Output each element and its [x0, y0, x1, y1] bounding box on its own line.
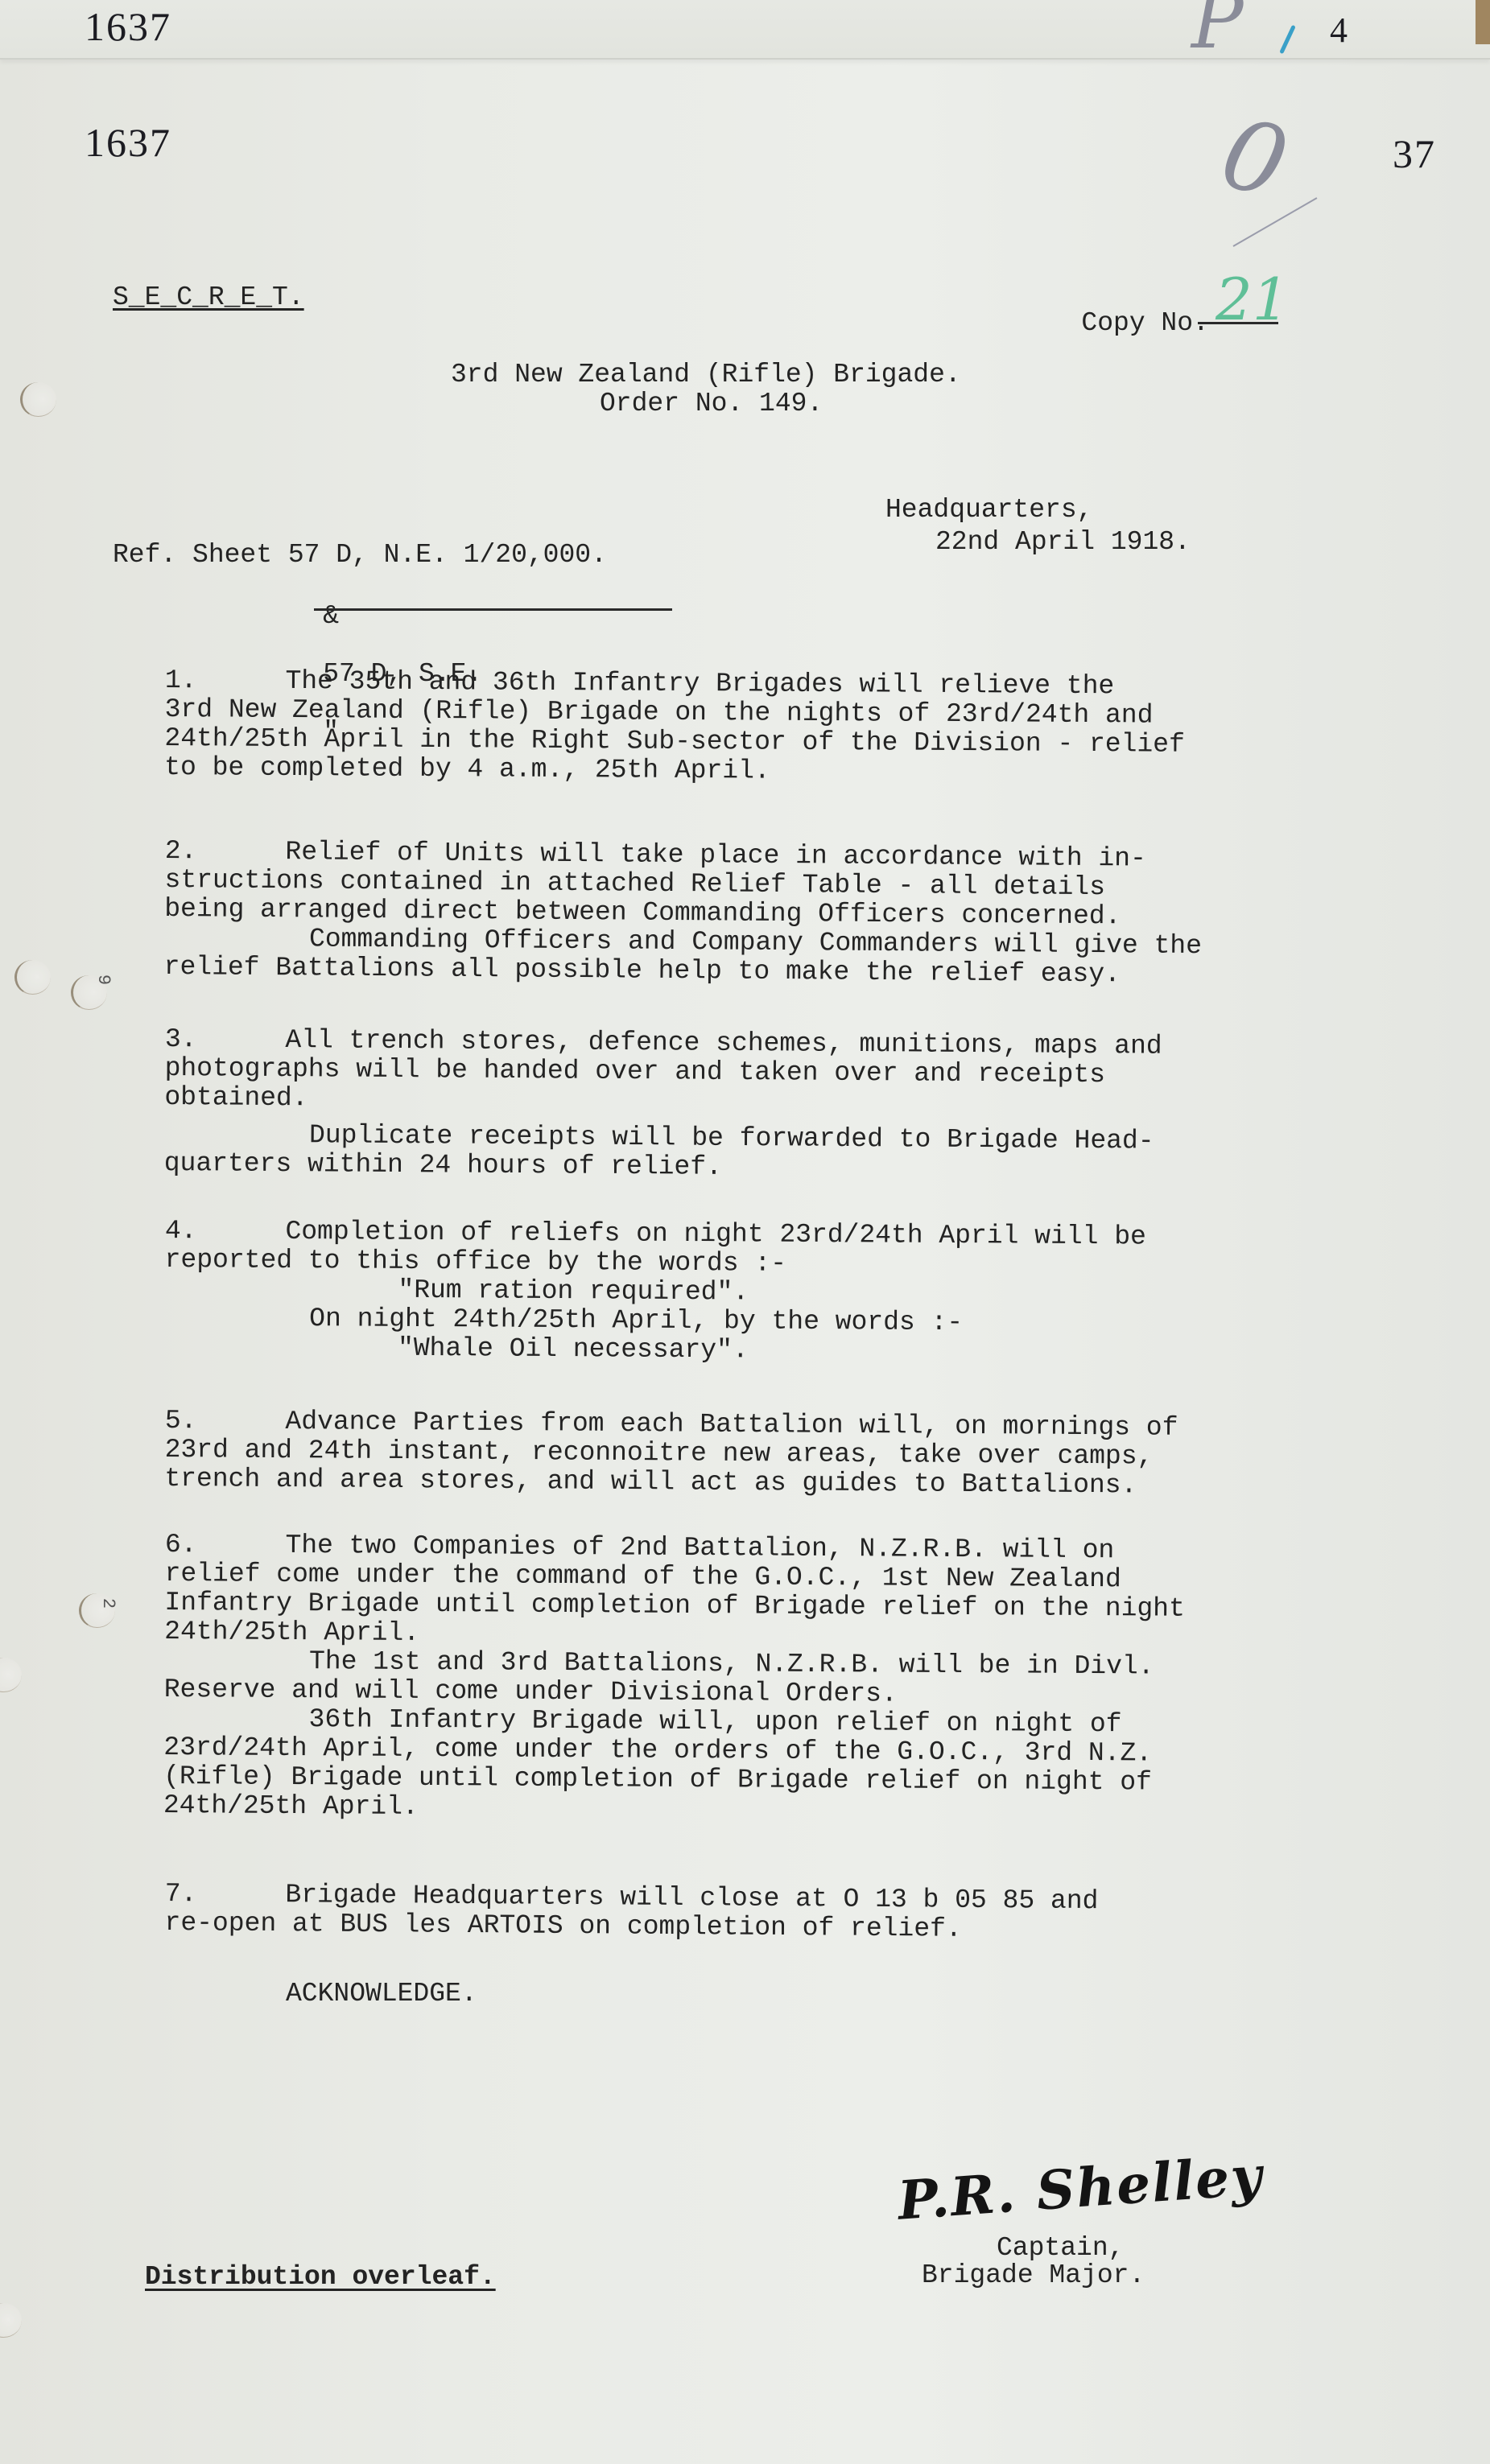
- document-title: 3rd New Zealand (Rifle) Brigade.: [451, 361, 961, 389]
- handwritten-signature: P.R. Shelley: [896, 2144, 1265, 2232]
- paragraph-number: 5.: [165, 1406, 197, 1436]
- paragraph-6: 6.The two Companies of 2nd Battalion, N.…: [163, 1531, 1389, 1827]
- underlying-folio-number: 4: [1330, 10, 1349, 51]
- map-reference-line1: Ref. Sheet 57 D, N.E. 1/20,000.: [113, 541, 607, 570]
- paragraph-4: 4.Completion of reliefs on night 23rd/24…: [164, 1217, 1389, 1369]
- signatory-rank: Captain,: [997, 2234, 1124, 2263]
- order-number: Order No. 149.: [600, 389, 823, 418]
- paragraph-5: 5.Advance Parties from each Battalion wi…: [164, 1407, 1389, 1502]
- paragraph-2: 2.Relief of Units will take place in acc…: [164, 837, 1389, 991]
- paragraph-number: 2.: [165, 836, 197, 866]
- reference-underline: [314, 608, 672, 611]
- paragraph-number: 1.: [165, 665, 197, 695]
- paragraph-7: 7.Brigade Headquarters will close at O 1…: [164, 1880, 1389, 1947]
- underlying-page-edge: [0, 0, 1490, 60]
- underlying-page-ref-number: 1637: [85, 3, 171, 50]
- distribution-note: Distribution overleaf.: [145, 2263, 496, 2292]
- paragraph-number: 4.: [165, 1216, 197, 1246]
- pencil-circled-mark: 0: [1210, 97, 1298, 220]
- acknowledge-instruction: ACKNOWLEDGE.: [286, 1980, 477, 2009]
- origin-date: 22nd April 1918.: [935, 528, 1191, 557]
- margin-mark: 2: [98, 1598, 118, 1609]
- punch-hole: [20, 382, 56, 417]
- punch-hole: [0, 1658, 22, 1692]
- paragraph-number: 7.: [165, 1879, 197, 1909]
- map-reference-ampersand: &: [323, 601, 339, 631]
- classification-label: S_E_C_R_E_T.: [113, 283, 304, 312]
- punch-hole: [0, 2303, 22, 2338]
- paragraph-number: 6.: [165, 1530, 197, 1560]
- paragraph-number: 3.: [165, 1024, 197, 1054]
- copy-number-field: Copy No.: [1050, 295, 1209, 352]
- copy-number-value: 21: [1216, 266, 1290, 333]
- pencil-mark-top: P: [1191, 0, 1244, 66]
- punch-hole: [14, 960, 51, 995]
- paragraph-1: 1.The 35th and 36th Infantry Brigades wi…: [164, 666, 1389, 789]
- folder-edge: [1476, 0, 1490, 44]
- margin-mark: 9: [93, 974, 114, 985]
- paragraph-3: 3.All trench stores, defence schemes, mu…: [164, 1025, 1389, 1187]
- origin-place: Headquarters,: [885, 496, 1092, 525]
- copy-number-label: Copy No.: [1081, 308, 1208, 338]
- folio-number: 37: [1393, 130, 1436, 177]
- document-page: 1637 P 4 1637 0 37 S_E_C_R_E_T. Copy No.…: [0, 0, 1490, 2464]
- page-ref-number: 1637: [85, 119, 171, 166]
- signatory-appointment: Brigade Major.: [922, 2261, 1145, 2290]
